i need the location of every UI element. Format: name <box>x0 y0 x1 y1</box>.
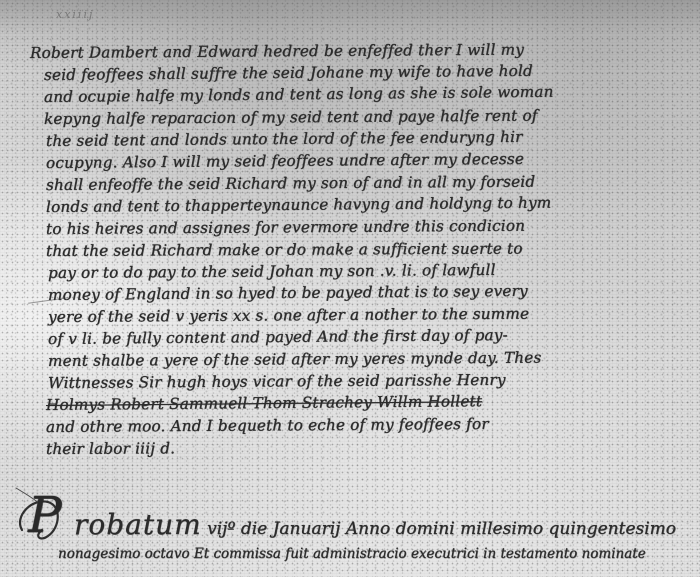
probate-line-1: robatum vijº die Januarij Anno domini mi… <box>74 508 676 541</box>
will-body-text: Robert Dambert and Edward hedred be enfe… <box>30 44 690 462</box>
page-top-shadow <box>0 0 700 34</box>
probate-date-text: vijº die Januarij Anno domini millesimo … <box>207 519 676 539</box>
will-line: and othre moo. And I bequeth to eche of … <box>46 413 700 440</box>
faint-header-note: xxiiij <box>56 8 94 21</box>
manuscript-page: xxiiij Robert Dambert and Edward hedred … <box>0 0 700 577</box>
struck-through-text: Holmys Robert Sammuell Thom Strachey Wil… <box>46 392 482 414</box>
probate-initial-letter: P <box>28 490 62 540</box>
will-line: their labor iiij d. <box>46 437 700 462</box>
will-line: to his heires and assignes for evermore … <box>46 215 700 242</box>
probate-line-2: nonagesimo octavo Et commissa fuit admin… <box>58 546 646 562</box>
probate-word: robatum <box>74 508 202 541</box>
